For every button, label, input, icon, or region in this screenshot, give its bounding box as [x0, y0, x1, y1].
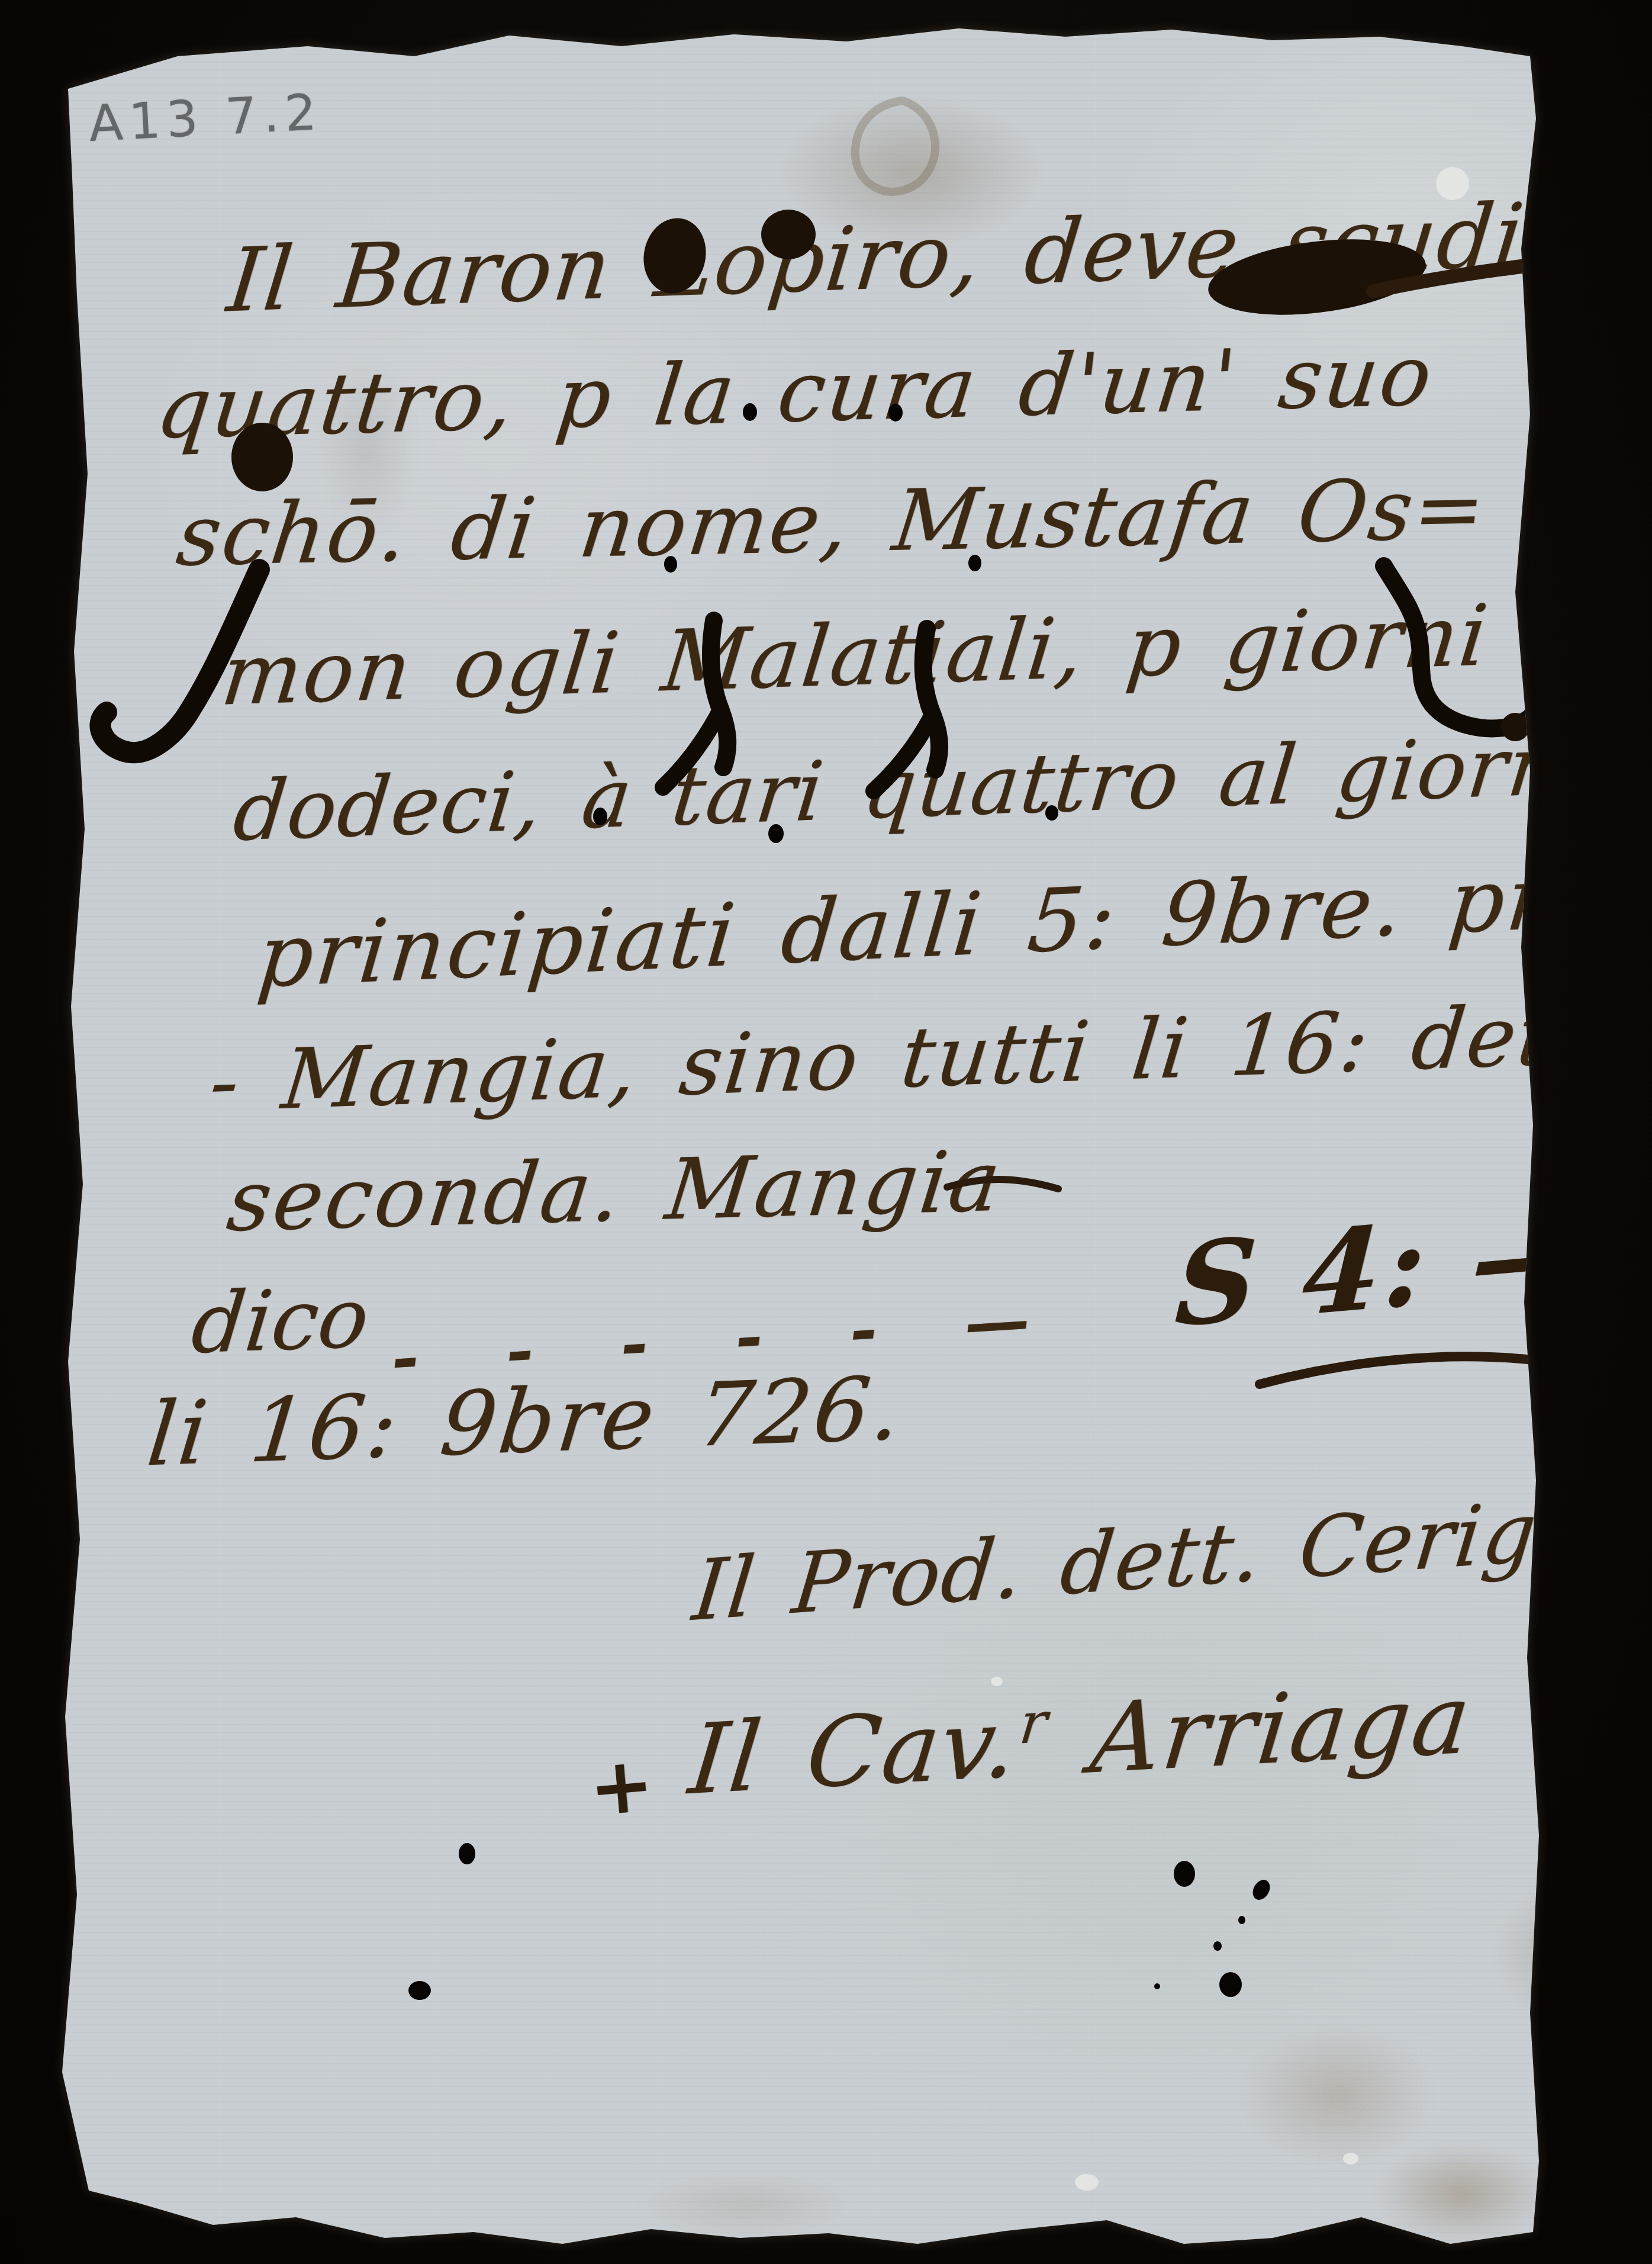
signature-cross-mark: +: [585, 1738, 658, 1834]
signature-line: Il Cav.r Arriaga: [684, 1664, 1477, 1816]
corrosion-hole: [1154, 1983, 1160, 1989]
corrosion-hole: [408, 1981, 431, 2000]
total-amount: S 4: —: [1172, 1184, 1590, 1353]
corrosion-hole: [1174, 1861, 1195, 1887]
paper-sheet: A13 7.2 Il Baron Lopiro, deve scudi quat…: [0, 0, 1652, 2264]
manuscript-line-5: dodeci, à tari quattro al giorno: [229, 716, 1617, 860]
manuscript-line-2: quattro, p la cura d'un' suo: [152, 327, 1438, 458]
attestation-line: Il Prod. dett. Cerig.: [688, 1482, 1569, 1640]
manuscript-line-8: seconda. Mangia: [223, 1133, 1007, 1251]
signature-surname: Arriaga: [1086, 1664, 1477, 1796]
corrosion-hole: [1250, 1877, 1274, 1903]
photo-background: A13 7.2 Il Baron Lopiro, deve scudi quat…: [0, 0, 1652, 2264]
archival-shelfmark: A13 7.2: [88, 83, 324, 153]
paper-loss-speck: [991, 1677, 1003, 1686]
manuscript-line-3: schō. di nome, Mustafa Os=: [172, 460, 1492, 586]
flourish-under-total: [1260, 1356, 1582, 1384]
date-line: li 16: 9bre 726.: [143, 1357, 907, 1485]
paper-wrap: A13 7.2 Il Baron Lopiro, deve scudi quat…: [0, 0, 1652, 2264]
manuscript-line-4: mon ogli Malatiali, p giorni: [217, 587, 1494, 725]
ink-blot-right-edge: [1545, 268, 1614, 327]
paper-loss-speck: [1075, 2174, 1099, 2191]
total-line-word: dico: [187, 1269, 373, 1372]
paper-loss-speck: [1343, 2153, 1358, 2165]
corrosion-hole: [1238, 1916, 1245, 1924]
manuscript-line-7: - Mangia, sino tutti li 16: detto: [205, 984, 1644, 1131]
foxing-stain: [1480, 1865, 1610, 2043]
manuscript-line-1: Il Baron Lopiro, deve scudi: [223, 184, 1529, 332]
foxing-stain: [1344, 2125, 1580, 2262]
corrosion-hole: [1213, 1941, 1222, 1951]
corrosion-hole: [459, 1843, 475, 1864]
foxing-stain: [1207, 2001, 1468, 2191]
corrosion-hole: [1219, 1972, 1242, 1997]
foxing-stain: [592, 2161, 900, 2250]
showthrough-ring: [855, 101, 935, 192]
signature-title: Il Cav.: [684, 1687, 1024, 1816]
manuscript-line-6: principiati dalli 5: 9bre. pma: [253, 843, 1650, 1007]
